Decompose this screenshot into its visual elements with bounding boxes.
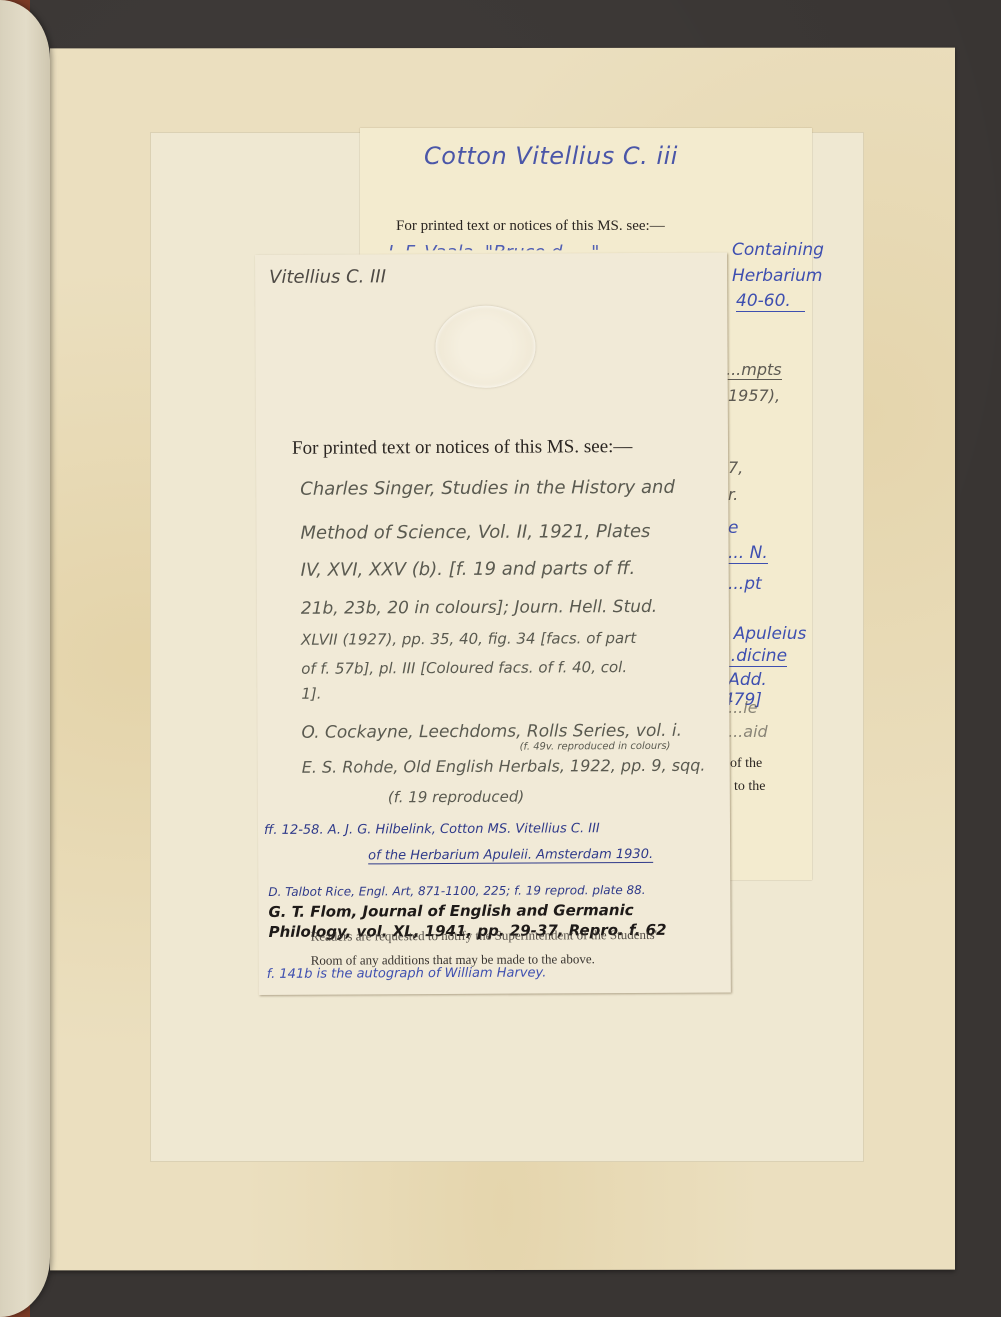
margin-note: ...mpts <box>726 360 782 380</box>
slip-pencil-title: Vitellius C. III <box>269 266 386 288</box>
margin-note: e <box>728 518 738 538</box>
front-notice-slip: Vitellius C. III For printed text or not… <box>255 253 731 995</box>
printed-fragment: to the <box>734 779 766 795</box>
slip-printed-heading: For printed text or notices of this MS. … <box>292 436 633 460</box>
margin-note: ...le <box>728 698 758 717</box>
entry-line: G. T. Flom, Journal of English and Germa… <box>268 901 633 921</box>
entry-line: D. Talbot Rice, Engl. Art, 871-1100, 225… <box>268 883 645 899</box>
margin-note: r. <box>728 485 738 504</box>
entry-line: of f. 57b], pl. III [Coloured facs. of f… <box>301 658 627 678</box>
entry-line: (f. 49v. reproduced in colours) <box>520 741 671 753</box>
entry-line: ff. 12-58. A. J. G. Hilbelink, Cotton MS… <box>264 821 600 838</box>
margin-note: 1957), <box>728 386 780 405</box>
margin-note: 7, <box>728 458 743 477</box>
entry-line: E. S. Rohde, Old English Herbals, 1922, … <box>302 756 706 777</box>
entry-line: 21b, 23b, 20 in colours]; Journ. Hell. S… <box>301 597 657 619</box>
printed-fragment: of the <box>730 756 762 772</box>
slip-title-cotton-vitellius: Cotton Vitellius C. iii <box>424 142 678 170</box>
margin-note: ...aid <box>728 722 768 741</box>
facing-page-edge <box>0 0 50 1317</box>
printed-footer-line: Readers are requested to notify the Supe… <box>311 927 657 945</box>
entry-line: O. Cockayne, Leechdoms, Rolls Series, vo… <box>301 721 682 743</box>
entry-line: IV, XVI, XXV (b). [f. 19 and parts of ff… <box>301 558 636 581</box>
entry-line: 1]. <box>301 685 321 703</box>
entry-line: of the Herbarium Apuleii. Amsterdam 1930… <box>368 847 653 864</box>
margin-note: ...pt <box>728 574 762 594</box>
entry-line: Method of Science, Vol. II, 1921, Plates <box>300 521 650 544</box>
margin-note: ...dicine <box>720 646 787 667</box>
margin-note: 40-60. <box>736 291 805 312</box>
margin-note: Containing <box>732 240 824 260</box>
slip-printed-heading: For printed text or notices of this MS. … <box>396 218 665 235</box>
final-note: f. 141b is the autograph of William Harv… <box>267 965 547 981</box>
margin-note: Herbarium <box>732 266 823 286</box>
entry-line: Charles Singer, Studies in the History a… <box>300 477 675 500</box>
embossed-seal-icon <box>435 306 535 389</box>
entry-line: (f. 19 reproduced) <box>388 788 524 807</box>
margin-note: ... N. <box>728 543 768 564</box>
entry-line: XLVII (1927), pp. 35, 40, fig. 34 [facs.… <box>301 629 636 649</box>
